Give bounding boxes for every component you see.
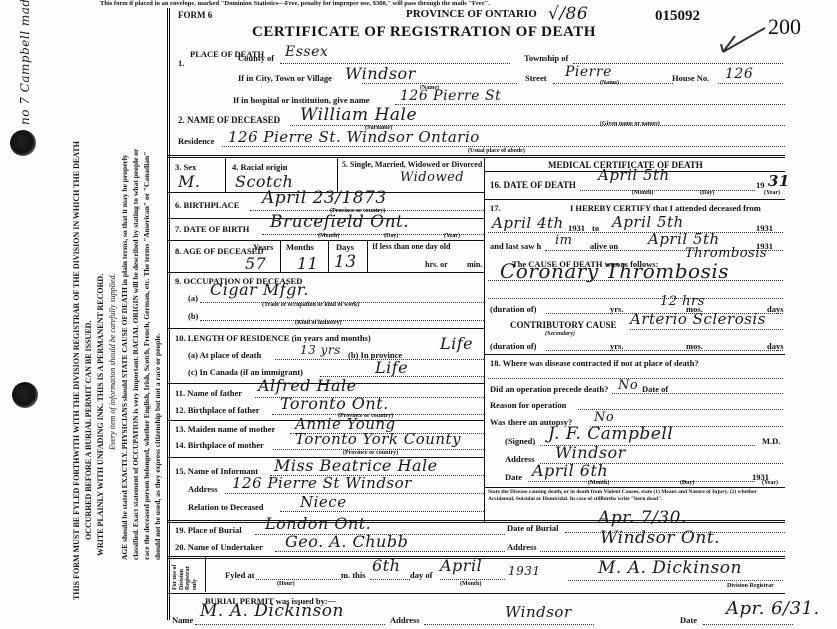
father-name-label: 11. Name of father — [175, 388, 242, 398]
burial-date-value[interactable]: Apr. 7/30. — [598, 508, 687, 528]
informant-address-value[interactable]: 126 Pierre St Windsor — [232, 474, 412, 492]
province: PROVINCE OF ONTARIO — [406, 8, 537, 20]
house-no-value[interactable]: 126 — [725, 66, 753, 82]
permit-issuer-name[interactable]: M. A. Dickinson — [200, 601, 344, 621]
form-left-border — [167, 8, 170, 620]
marital-status-value[interactable]: Widowed — [400, 170, 464, 185]
physician-signature[interactable]: J. F. Campbell — [548, 424, 673, 444]
date-of-birth-value[interactable]: Brucefield Ont. — [270, 212, 409, 232]
sex-value[interactable]: M. — [178, 172, 200, 191]
top-notice: This form if placed in an envelope, mark… — [100, 0, 490, 7]
relation-value[interactable]: Niece — [300, 493, 347, 511]
date-of-death-value[interactable]: April 5th — [598, 166, 670, 184]
cause-of-death-value[interactable]: Coronary Thrombosis — [500, 259, 729, 283]
certify-text: I HEREBY CERTIFY that I attended decease… — [570, 203, 761, 213]
burial-date-label: Date of Burial — [507, 523, 558, 533]
mother-name-label: 13. Maiden name of mother — [175, 424, 275, 434]
physician-address-value[interactable]: Windsor — [555, 443, 626, 462]
city-label: If in City, Town or Village — [238, 73, 332, 83]
hospital-label: If in hospital or institution, give name — [233, 95, 370, 105]
cause-instructions: State the Disease causing death, or in d… — [488, 489, 783, 502]
residence-value[interactable]: 126 Pierre St. Windsor Ontario — [228, 128, 480, 146]
city-value[interactable]: Windsor — [345, 64, 416, 83]
registration-number: 015092 — [655, 8, 700, 25]
date-of-birth-label: 7. DATE OF BIRTH — [175, 224, 249, 234]
undertaker-label: 20. Name of Undertaker — [175, 542, 263, 552]
burial-place-label: 19. Place of Burial — [175, 525, 242, 535]
age-years-value[interactable]: 57 — [245, 254, 266, 273]
permit-address-value[interactable]: Windsor — [505, 603, 572, 621]
age-days-value[interactable]: 13 — [334, 252, 357, 272]
operation-reason-label: Reason for operation — [490, 400, 566, 410]
hospital-value[interactable]: 126 Pierre St — [400, 88, 501, 104]
deceased-name-value[interactable]: William Hale — [300, 105, 417, 125]
filed-month-value[interactable]: April — [440, 556, 482, 575]
handwritten-ref: √/86 — [548, 4, 588, 24]
length-of-residence-label: 10. LENGTH OF RESIDENCE (in years and mo… — [175, 333, 371, 343]
attended-from-value[interactable]: April 4th — [492, 214, 564, 232]
undertaker-value[interactable]: Geo. A. Chubb — [285, 532, 408, 551]
father-birthplace-value[interactable]: Toronto Ont. — [280, 394, 389, 413]
name-of-deceased-label: 2. NAME OF DECEASED — [178, 115, 280, 125]
certificate-title: CERTIFICATE OF REGISTRATION OF DEATH — [252, 24, 596, 41]
form-number: FORM 6 — [178, 10, 212, 20]
last-saw-value[interactable]: im — [555, 233, 573, 248]
margin-annotation: no 7 Campbell made out — [18, 0, 32, 125]
check-mark-icon — [715, 10, 775, 60]
township-label: Township of — [524, 53, 568, 63]
county-value[interactable]: Essex — [285, 44, 328, 60]
contributory-cause-label: CONTRIBUTORY CAUSE — [510, 320, 616, 330]
contributory-cause-value[interactable]: Arterio Sclerosis — [630, 310, 766, 328]
age-months-value[interactable]: 11 — [297, 254, 318, 273]
autopsy-value[interactable]: No — [594, 410, 614, 425]
date-of-death-label: 16. DATE OF DEATH — [490, 180, 576, 190]
date-of-death-year[interactable]: 31 — [768, 172, 790, 190]
place-of-death-label: PLACE OF DEATH — [190, 50, 234, 59]
section-1-number: 1. — [178, 58, 184, 68]
age-label: 8. AGE OF DECEASED — [175, 246, 235, 256]
mother-birthplace-value[interactable]: Toronto York County — [295, 430, 461, 448]
punch-hole-bottom — [12, 382, 38, 408]
father-name-value[interactable]: Alfred Hale — [258, 376, 357, 395]
residence-canada-value[interactable]: Life — [375, 358, 408, 377]
physician-date-value[interactable]: April 6th — [532, 461, 608, 480]
undertaker-address-value[interactable]: Windsor Ont. — [600, 528, 720, 548]
residence-label: Residence — [178, 136, 214, 146]
informant-value[interactable]: Miss Beatrice Hale — [274, 456, 438, 475]
street-label: Street — [525, 73, 547, 83]
residence-province-value[interactable]: Life — [440, 334, 473, 353]
registrar-use-label: For use of Division Registrar only — [172, 558, 198, 590]
punch-hole-top — [10, 130, 36, 156]
county-label: County of — [238, 53, 274, 63]
operation-value[interactable]: No — [618, 378, 638, 393]
house-no-label: House No. — [672, 73, 709, 83]
occupation-value[interactable]: Cigar Mfgr. — [210, 280, 309, 299]
permit-date-value[interactable]: Apr. 6/31. — [726, 598, 820, 619]
filed-year-value[interactable]: 1931 — [508, 564, 541, 578]
operation-label: Did an operation precede death? — [490, 384, 608, 394]
burial-place-value[interactable]: London Ont. — [265, 514, 371, 533]
birthplace-label: 6. BIRTHPLACE — [175, 200, 239, 210]
residence-place-value[interactable]: 13 yrs — [300, 343, 341, 357]
filed-day-value[interactable]: 6th — [372, 556, 400, 575]
street-value[interactable]: Pierre — [565, 64, 612, 80]
disease-contracted-label: 18. Where was disease contracted if not … — [490, 358, 699, 368]
attended-to-value[interactable]: April 5th — [612, 213, 684, 231]
registrar-signature[interactable]: M. A. Dickinson — [598, 558, 742, 578]
father-birthplace-label: 12. Birthplace of father — [175, 405, 260, 415]
birthplace-value[interactable]: April 23/1873 — [262, 188, 387, 208]
mother-birthplace-label: 14. Birthplace of mother — [175, 440, 264, 450]
middle-divider — [484, 158, 485, 523]
